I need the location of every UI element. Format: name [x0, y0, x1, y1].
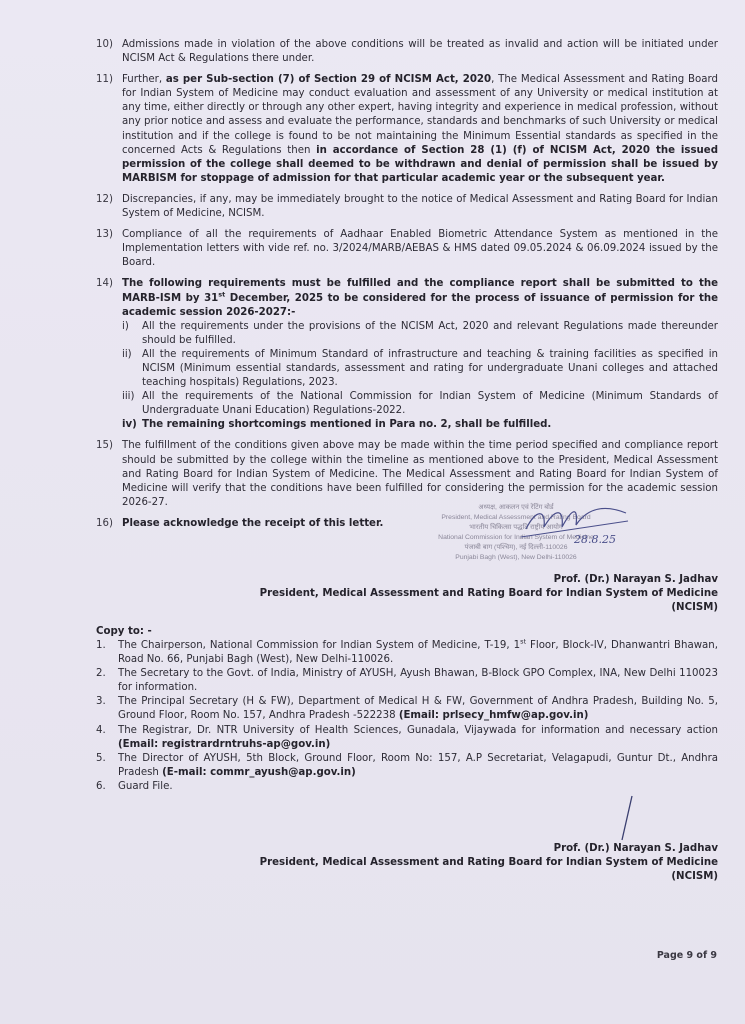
copy-item-number: 4.	[96, 724, 118, 752]
copy-item-number: 2.	[96, 667, 118, 695]
requirement-text: All the requirements of Minimum Standard…	[142, 348, 718, 390]
copy-item-number: 5.	[96, 752, 118, 780]
paragraph-text: Discrepancies, if any, may be immediatel…	[122, 193, 718, 221]
text-run: (Email: registrardrntruhs-ap@gov.in)	[118, 739, 330, 750]
text-run: (Email: prlsecy_hmfw@ap.gov.in)	[399, 710, 589, 721]
signatory-name: Prof. (Dr.) Narayan S. Jadhav	[96, 573, 718, 587]
paragraph-number: 14)	[96, 277, 122, 432]
requirement-number: ii)	[122, 348, 142, 390]
requirement-text: All the requirements under the provision…	[142, 320, 718, 348]
text-run: , The Medical Assessment and Rating Boar…	[122, 74, 718, 155]
requirement-list: i)All the requirements under the provisi…	[122, 320, 718, 433]
copy-item-number: 1.	[96, 639, 118, 667]
paragraph-number: 13)	[96, 228, 122, 270]
copy-item-number: 3.	[96, 695, 118, 723]
copy-to-item: 4.The Registrar, Dr. NTR University of H…	[96, 724, 718, 752]
copy-item-text: Guard File.	[118, 780, 718, 794]
paragraph-number: 15)	[96, 439, 122, 509]
copy-item-text: The Chairperson, National Commission for…	[118, 639, 718, 667]
requirement-number: iv)	[122, 418, 142, 432]
copy-item-text: The Registrar, Dr. NTR University of Hea…	[118, 724, 718, 752]
numbered-paragraph: 13)Compliance of all the requirements of…	[96, 228, 718, 270]
copy-to-item: 5.The Director of AYUSH, 5th Block, Grou…	[96, 752, 718, 780]
paragraph-text: Admissions made in violation of the abov…	[122, 38, 718, 66]
signatory-org: (NCISM)	[96, 870, 718, 884]
signatory-designation: President, Medical Assessment and Rating…	[96, 587, 718, 601]
signature-block-1: 16) Please acknowledge the receipt of th…	[96, 517, 718, 617]
numbered-paragraph: 10)Admissions made in violation of the a…	[96, 38, 718, 66]
text-run: Further,	[122, 74, 166, 85]
copy-item-text: The Secretary to the Govt. of India, Min…	[118, 667, 718, 695]
text-run: as per Sub-section (7) of Section 29 of …	[166, 74, 491, 85]
copy-to-list: 1.The Chairperson, National Commission f…	[96, 639, 718, 794]
paragraph-number: 11)	[96, 73, 122, 186]
text-run: The Chairperson, National Commission for…	[118, 640, 520, 651]
copy-to-item: 2.The Secretary to the Govt. of India, M…	[96, 667, 718, 695]
copy-item-text: The Principal Secretary (H & FW), Depart…	[118, 695, 718, 723]
signatory-name: Prof. (Dr.) Narayan S. Jadhav	[96, 842, 718, 856]
paragraph-14: 14) The following requirements must be f…	[96, 277, 718, 432]
text-run: (E-mail: commr_ayush@ap.gov.in)	[162, 767, 356, 778]
signature-block-2: Prof. (Dr.) Narayan S. Jadhav President,…	[96, 806, 718, 886]
page-number: Page 9 of 9	[657, 950, 717, 961]
requirement-item: iv)The remaining shortcomings mentioned …	[122, 418, 718, 432]
signatory-designation: President, Medical Assessment and Rating…	[96, 856, 718, 870]
requirement-text: All the requirements of the National Com…	[142, 390, 718, 418]
signatory-org: (NCISM)	[96, 601, 718, 615]
text-run: Compliance of all the requirements of Aa…	[122, 229, 718, 268]
paragraph-text: Further, as per Sub-section (7) of Secti…	[122, 73, 718, 186]
requirement-item: ii)All the requirements of Minimum Stand…	[122, 348, 718, 390]
requirement-number: iii)	[122, 390, 142, 418]
numbered-paragraphs: 10)Admissions made in violation of the a…	[96, 38, 718, 270]
text-run: The Registrar, Dr. NTR University of Hea…	[118, 725, 718, 736]
signature-scribble-icon: 28.8.25	[516, 499, 636, 549]
paragraph-number: 16)	[96, 517, 122, 531]
signature-stroke-icon	[616, 794, 636, 844]
stamp-line: Punjabi Bagh (West), New Delhi-110026	[416, 553, 616, 563]
copy-to-item: 6.Guard File.	[96, 780, 718, 794]
numbered-paragraph: 11)Further, as per Sub-section (7) of Se…	[96, 73, 718, 186]
numbered-paragraph: 12)Discrepancies, if any, may be immedia…	[96, 193, 718, 221]
svg-text:28.8.25: 28.8.25	[573, 533, 616, 546]
letter-body: 10)Admissions made in violation of the a…	[96, 38, 718, 886]
requirement-number: i)	[122, 320, 142, 348]
text-run: Discrepancies, if any, may be immediatel…	[122, 194, 718, 219]
paragraph-number: 10)	[96, 38, 122, 66]
text-run: Admissions made in violation of the abov…	[122, 39, 718, 64]
requirement-item: iii)All the requirements of the National…	[122, 390, 718, 418]
copy-item-number: 6.	[96, 780, 118, 794]
copy-to-heading: Copy to: -	[96, 625, 718, 639]
requirement-text: The remaining shortcomings mentioned in …	[142, 418, 718, 432]
paragraph-14-intro: The following requirements must be fulfi…	[122, 277, 718, 319]
text-run: The Secretary to the Govt. of India, Min…	[118, 668, 718, 693]
copy-item-text: The Director of AYUSH, 5th Block, Ground…	[118, 752, 718, 780]
requirement-item: i)All the requirements under the provisi…	[122, 320, 718, 348]
paragraph-number: 12)	[96, 193, 122, 221]
paragraph-text: Compliance of all the requirements of Aa…	[122, 228, 718, 270]
document-page: 10)Admissions made in violation of the a…	[0, 0, 745, 1024]
copy-to-item: 3.The Principal Secretary (H & FW), Depa…	[96, 695, 718, 723]
copy-to-item: 1.The Chairperson, National Commission f…	[96, 639, 718, 667]
text-run: Guard File.	[118, 781, 173, 792]
